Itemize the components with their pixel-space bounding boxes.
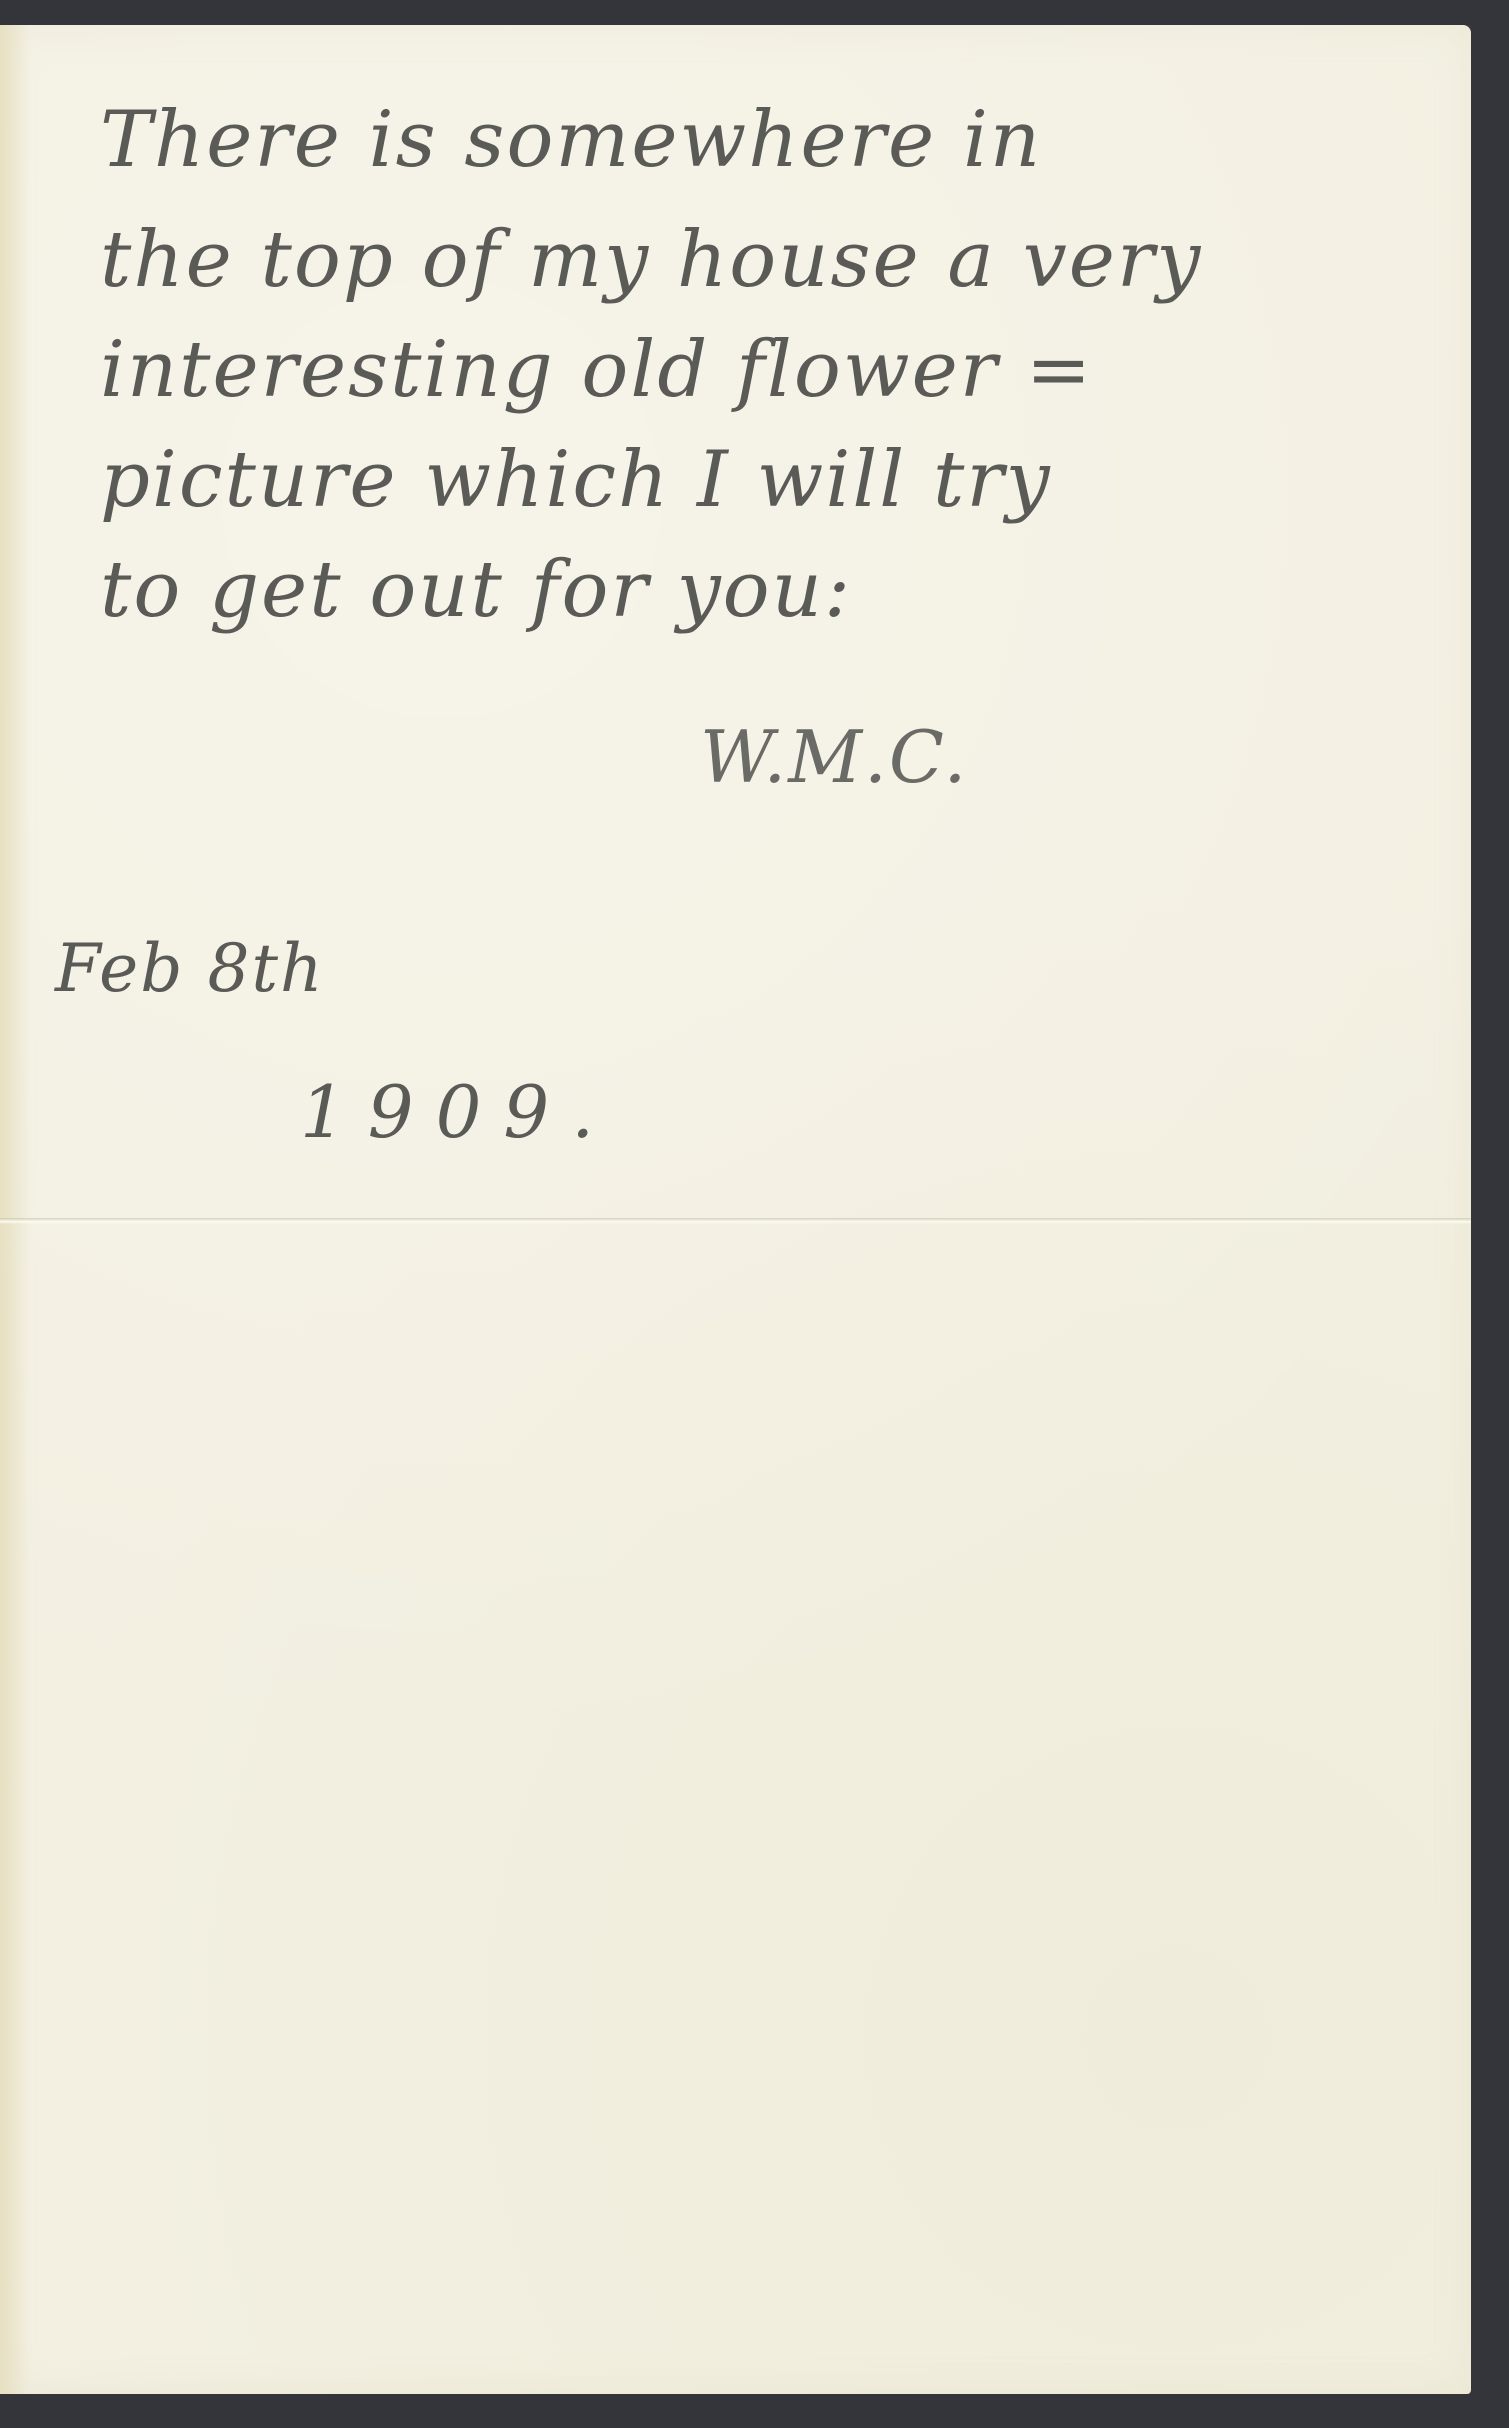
page-left-edge [0,25,30,2394]
letter-body-line: picture which I will try [100,435,1052,525]
date-year: 1909. [300,1070,616,1154]
letter-body-line: interesting old flower = [100,325,1093,415]
letter-body-line: the top of my house a very [100,215,1202,305]
date-day: Feb 8th [55,930,325,1007]
paper-fold-crease [0,1218,1471,1224]
letter-page: There is somewhere in the top of my hous… [0,25,1471,2394]
letter-body-line: There is somewhere in [100,95,1042,185]
letter-body-line: to get out for you: [100,545,852,635]
signature-initials: W.M.C. [700,715,968,799]
